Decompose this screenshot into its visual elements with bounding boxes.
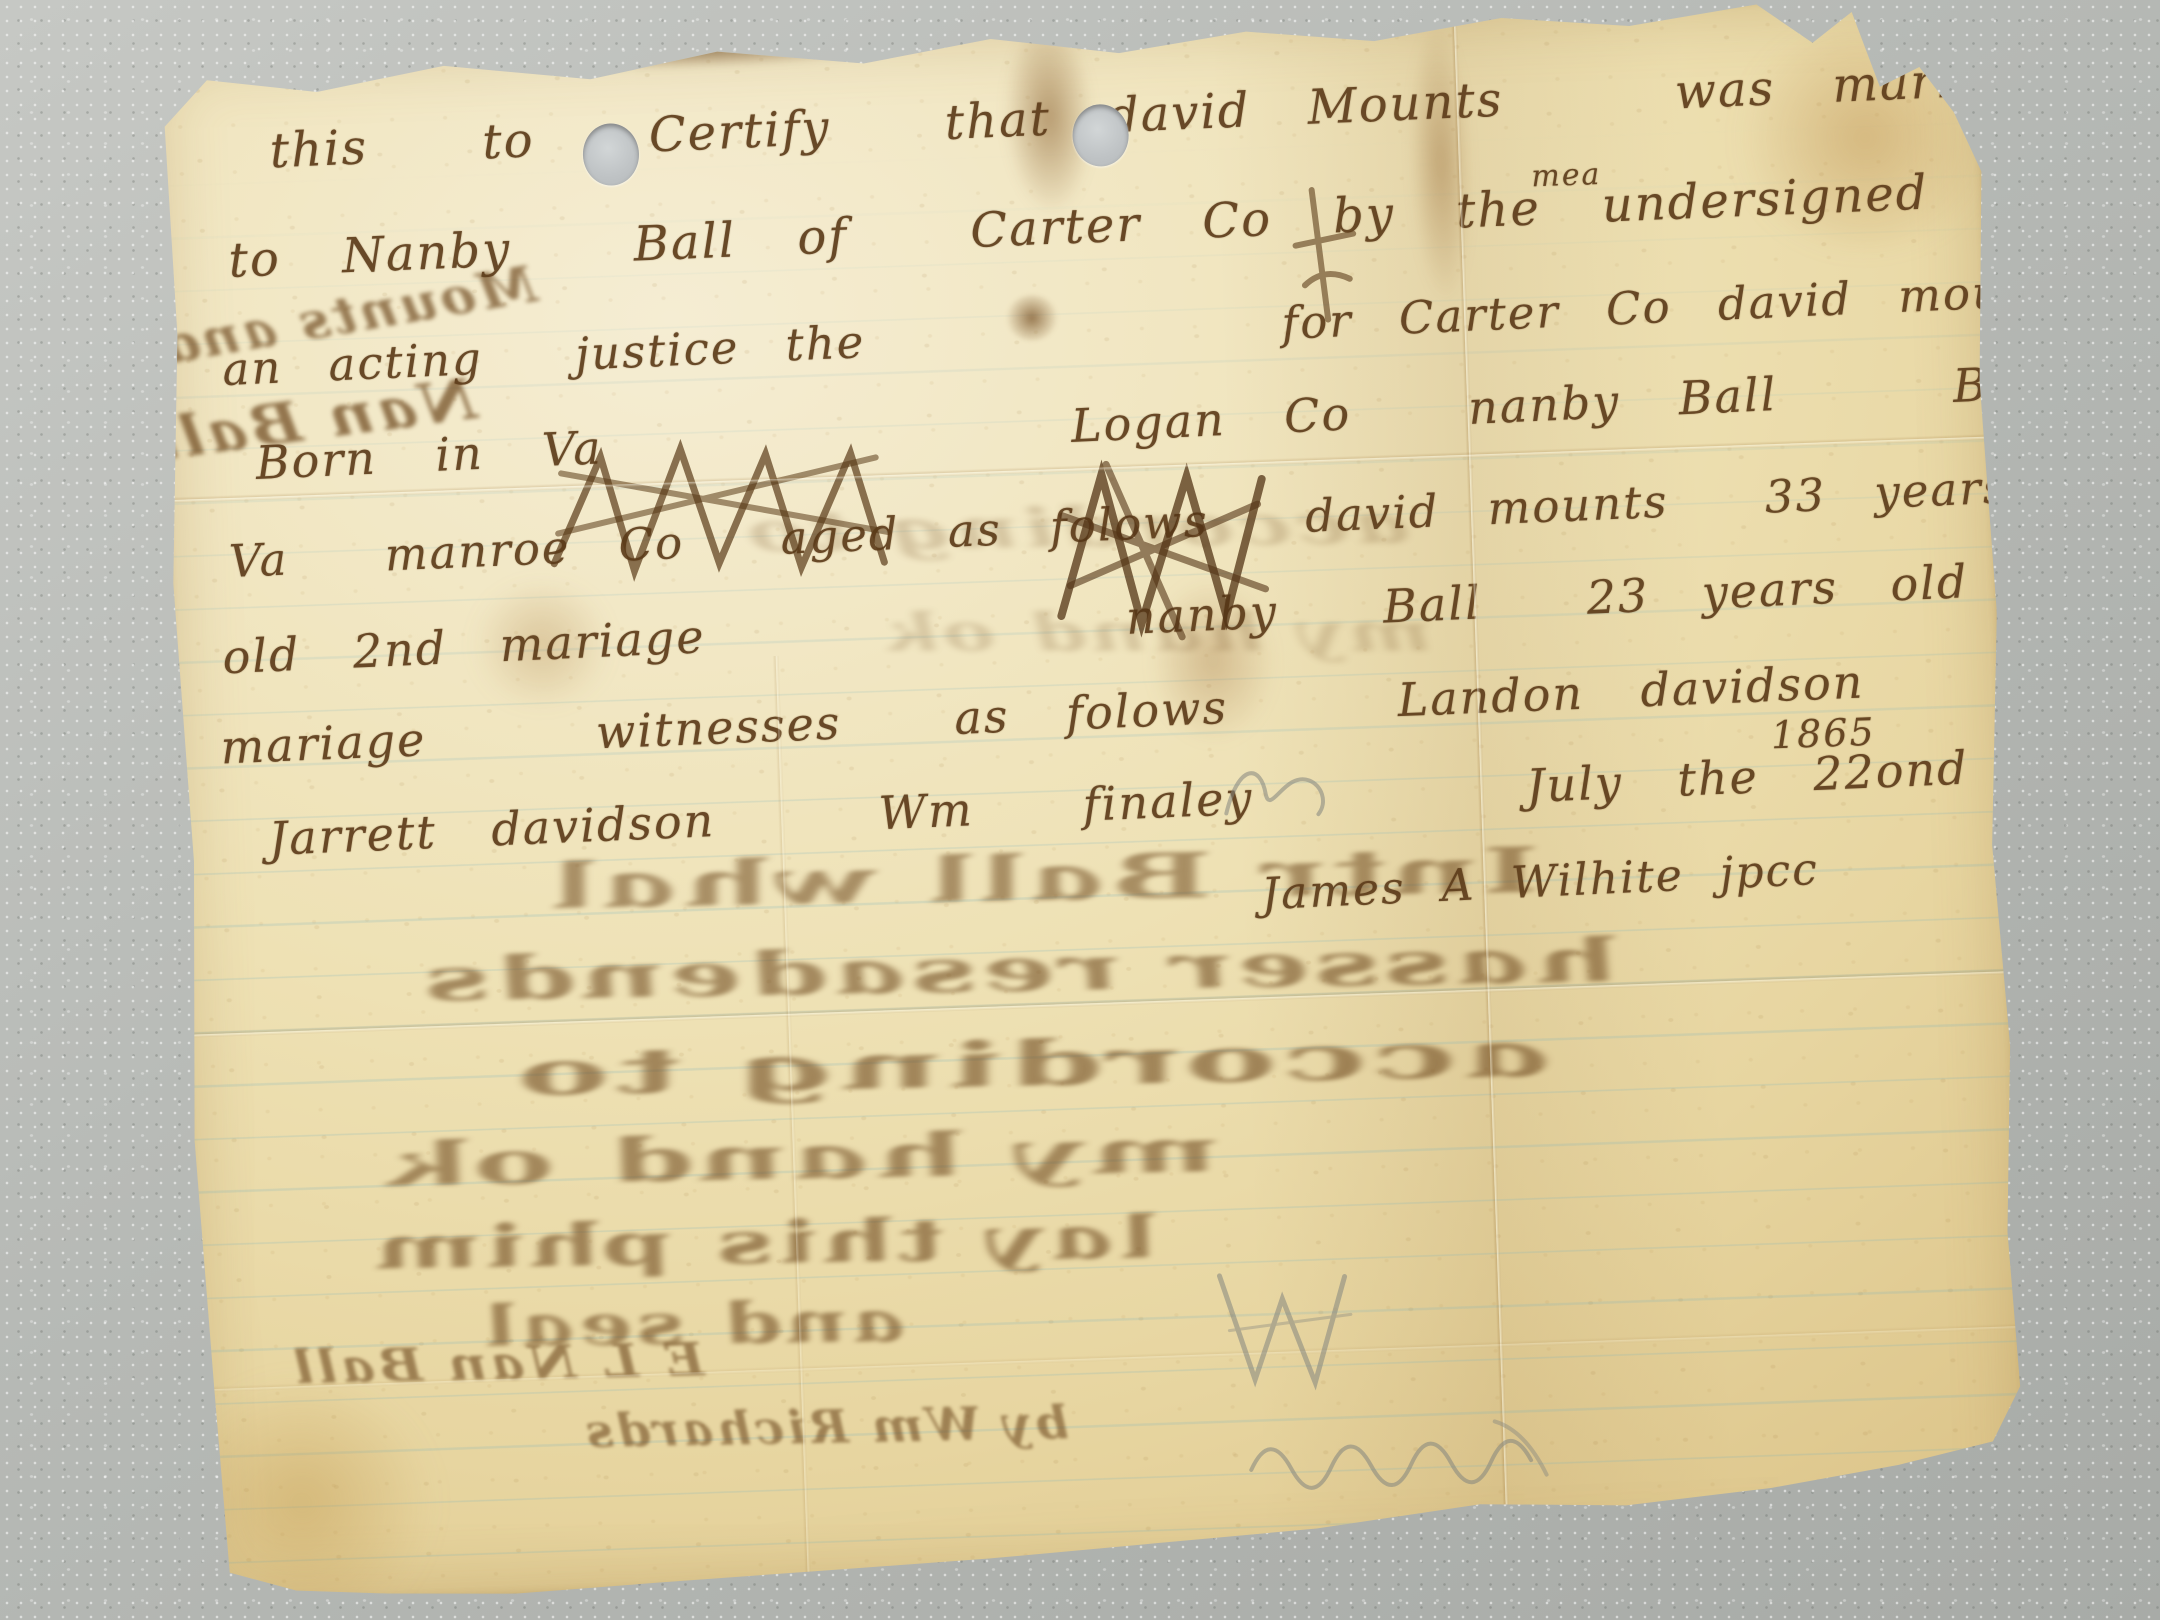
bleedthrough-row: lay this phim: [361, 1203, 1167, 1283]
photo-background: Mounts and Nan Ball according to my hand…: [0, 0, 2160, 1620]
pencil-scribble: [1216, 752, 1339, 831]
ink-scribble: [1281, 183, 1371, 331]
ink-line: 1865: [1770, 710, 1876, 758]
ink-scribble: [1046, 448, 1283, 651]
document-paper: Mounts and Nan Ball according to my hand…: [151, 0, 2029, 1605]
bleedthrough-row: by Wm Richards: [583, 1395, 1069, 1458]
pencil-scribble: [1244, 1399, 1567, 1510]
pencil-scribble: [1209, 1256, 1364, 1401]
ink-scribble: [545, 421, 911, 598]
